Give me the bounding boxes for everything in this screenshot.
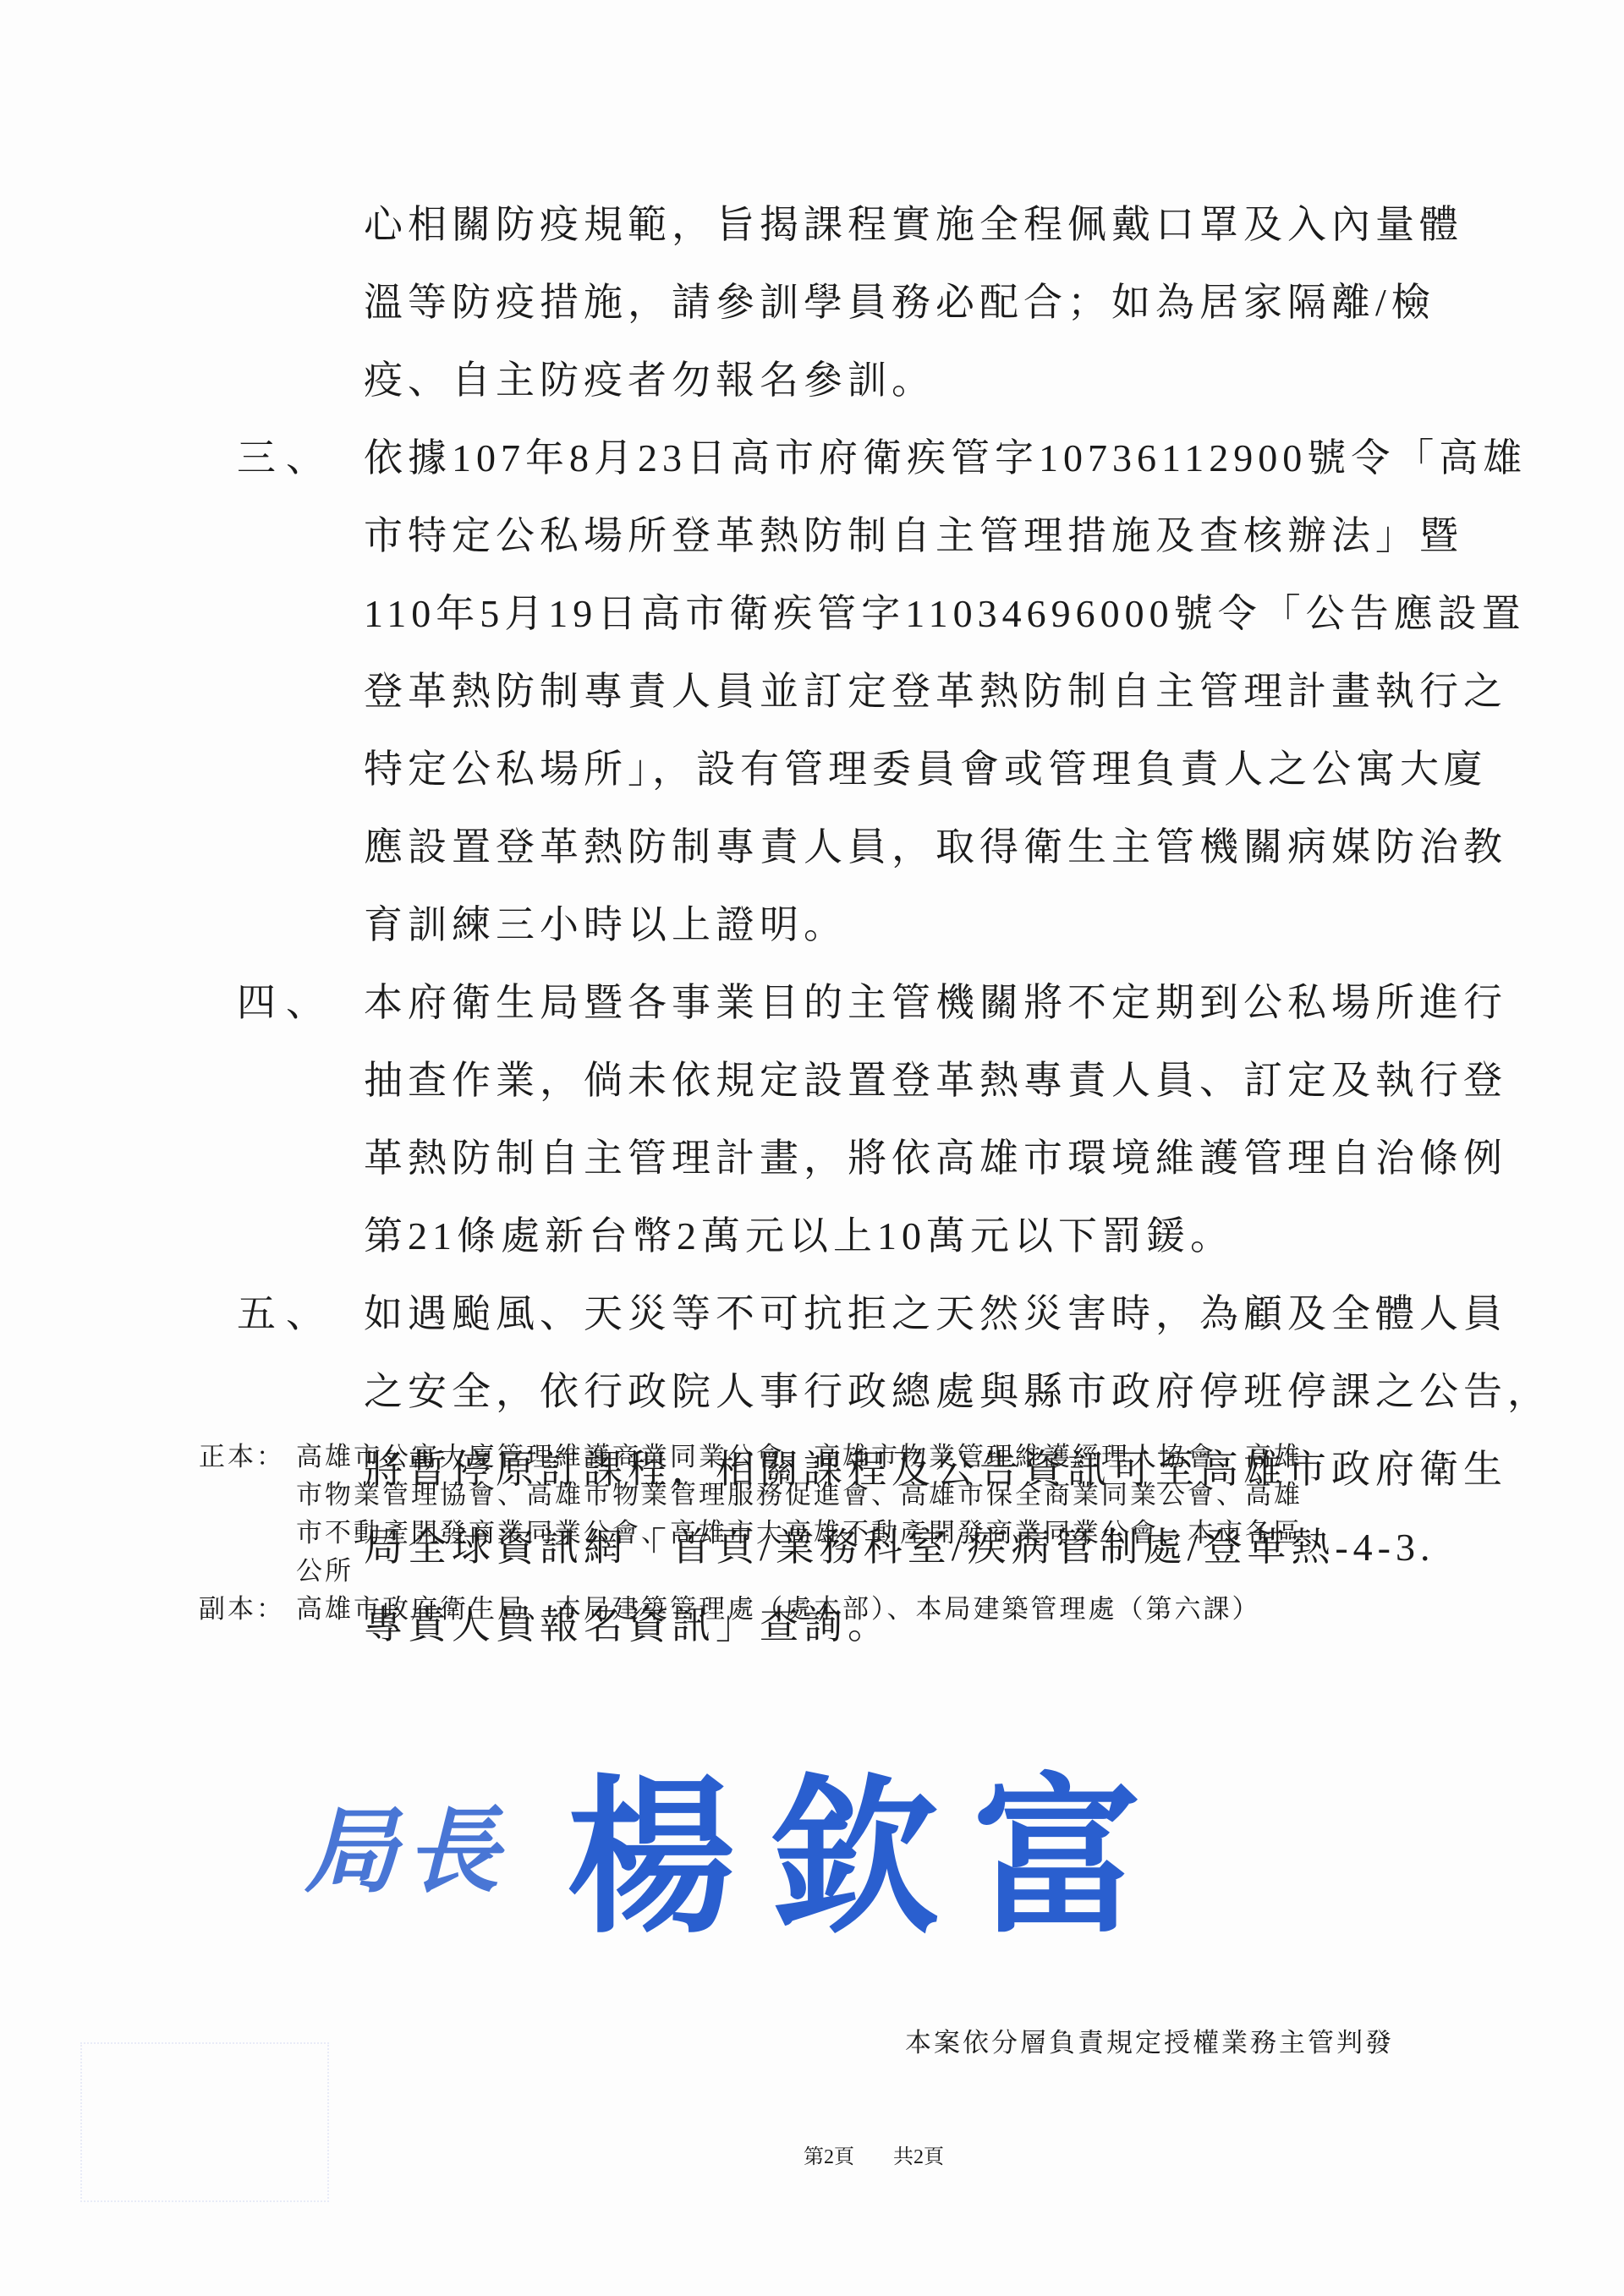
- body-line: 特定公私場所」，設有管理委員會或管理負責人之公寓大廈: [237, 731, 1455, 808]
- authorization-note: 本案依分層負責規定授權業務主管判發: [905, 2021, 1394, 2059]
- page-footer: 第2頁 共2頁: [804, 2140, 978, 2169]
- recipient-line: 市物業管理協會、高雄市物業管理服務促進會、高雄市保全商業同業公會、高雄: [296, 1476, 1468, 1514]
- item-number: 四、: [237, 964, 364, 1042]
- body-line: 抽查作業，倘未依規定設置登革熱專責人員、訂定及執行登: [237, 1042, 1455, 1120]
- faint-stamp-mark: [80, 2042, 329, 2202]
- recipient-line: 公所: [296, 1552, 1468, 1590]
- item-number: 三、: [237, 419, 364, 497]
- body-line: 革熱防制自主管理計畫，將依高雄市環境維護管理自治條例: [237, 1120, 1455, 1197]
- signature-name: 楊欽富: [567, 1723, 1176, 1965]
- recipient-line: 高雄市政府衛生局、本局建築管理處（處本部）、本局建築管理處（第六課）: [296, 1590, 1468, 1628]
- item-number: 五、: [237, 1275, 364, 1353]
- page-number: 第2頁: [804, 2146, 854, 2168]
- body-line: 溫等防疫措施，請參訓學員務必配合；如為居家隔離/檢: [237, 264, 1455, 342]
- distribution-list: 正本： 高雄市公寓大廈管理維護商業同業公會、高雄市物業管理維護經理人協會、高雄 …: [199, 1438, 1468, 1628]
- body-line: 110年5月19日高市衛疾管字11034696000號令「公告應設置: [237, 575, 1455, 653]
- page-total: 共2頁: [893, 2146, 944, 2168]
- document-page: 心相關防疫規範，旨揭課程實施全程佩戴口罩及入內量體 溫等防疫措施，請參訓學員務必…: [0, 0, 1624, 2296]
- copy-recipients: 副本： 高雄市政府衛生局、本局建築管理處（處本部）、本局建築管理處（第六課）: [199, 1590, 1468, 1628]
- signature-title: 局長: [304, 1777, 507, 1910]
- body-line: 育訓練三小時以上證明。: [237, 886, 1455, 964]
- recipient-line: 市不動產開發商業同業公會、高雄市大高雄不動產開發商業同業公會、本市各區: [296, 1514, 1468, 1552]
- body-line: 心相關防疫規範，旨揭課程實施全程佩戴口罩及入內量體: [237, 186, 1455, 264]
- body-line: 第21條處新台幣2萬元以上10萬元以下罰鍰。: [237, 1197, 1455, 1275]
- copy-label: 副本：: [199, 1590, 296, 1628]
- body-line: 應設置登革熱防制專責人員，取得衛生主管機關病媒防治教: [237, 808, 1455, 886]
- signature-stamp: 局長 楊欽富: [304, 1742, 1176, 1945]
- body-line: 如遇颱風、天災等不可抗拒之天然災害時，為顧及全體人員: [364, 1292, 1507, 1335]
- body-line: 疫、自主防疫者勿報名參訓。: [237, 342, 1455, 419]
- body-line: 登革熱防制專責人員並訂定登革熱防制自主管理計畫執行之: [237, 653, 1455, 731]
- body-line: 本府衛生局暨各事業目的主管機關將不定期到公私場所進行: [364, 981, 1507, 1024]
- original-recipients: 正本： 高雄市公寓大廈管理維護商業同業公會、高雄市物業管理維護經理人協會、高雄 …: [199, 1438, 1468, 1590]
- item-three: 三、依據107年8月23日高市府衛疾管字10736112900號令「高雄 市特定…: [237, 419, 1455, 964]
- body-line: 依據107年8月23日高市府衛疾管字10736112900號令「高雄: [364, 436, 1527, 479]
- recipient-line: 高雄市公寓大廈管理維護商業同業公會、高雄市物業管理維護經理人協會、高雄: [296, 1438, 1468, 1476]
- original-label: 正本：: [199, 1438, 296, 1590]
- body-line: 之安全，依行政院人事行政總處與縣市政府停班停課之公告，: [237, 1353, 1455, 1431]
- item-four: 四、本府衛生局暨各事業目的主管機關將不定期到公私場所進行 抽查作業，倘未依規定設…: [237, 964, 1455, 1275]
- body-line: 市特定公私場所登革熱防制自主管理措施及查核辦法」暨: [237, 497, 1455, 575]
